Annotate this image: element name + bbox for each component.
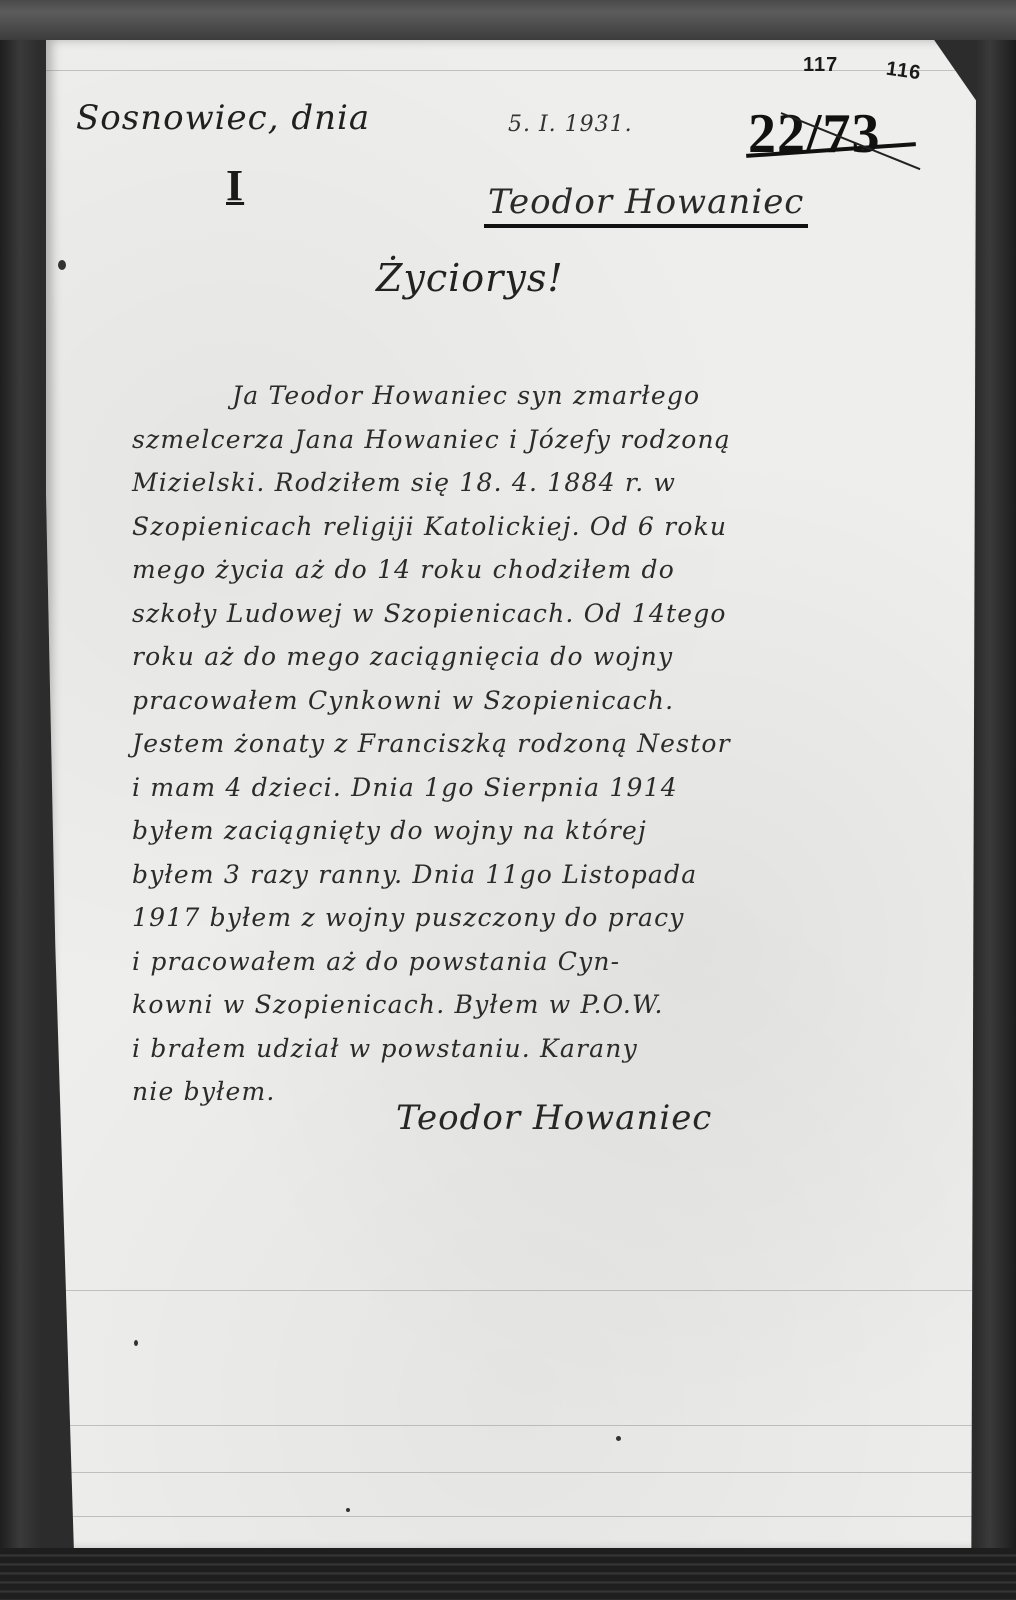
document-title: Życiorys! (376, 256, 564, 300)
biography-body: Ja Teodor Howaniec syn zmarłego szmelcer… (132, 374, 964, 1114)
body-line: Mizielski. Rodziłem się 18. 4. 1884 r. w (132, 461, 964, 505)
paper-speck (616, 1436, 621, 1441)
body-line: Szopienicach religiji Katolickiej. Od 6 … (132, 505, 964, 549)
scan-border-bottom (0, 1548, 1016, 1600)
paper-speck (58, 260, 66, 270)
signature: Teodor Howaniec (396, 1098, 712, 1138)
archive-folio-number: 117 (803, 54, 838, 77)
date-heading: 5. I. 1931. (508, 112, 633, 137)
ruled-line (46, 1425, 976, 1426)
body-line: Ja Teodor Howaniec syn zmarłego (132, 374, 964, 418)
body-line: pracowałem Cynkowni w Szopienicach. (132, 679, 964, 723)
body-line: i pracowałem aż do powstania Cyn- (132, 940, 964, 984)
place-heading: Sosnowiec, dnia (76, 98, 370, 138)
body-line: roku aż do mego zaciągnięcia do wojny (132, 635, 964, 679)
body-line: szkoły Ludowej w Szopienicach. Od 14tego (132, 592, 964, 636)
body-line: i brałem udział w powstaniu. Karany (132, 1027, 964, 1071)
scan-border-top (0, 0, 1016, 40)
ruled-line (46, 1472, 976, 1473)
body-line: byłem 3 razy ranny. Dnia 11go Listopada (132, 853, 964, 897)
body-line: kowni w Szopienicach. Byłem w P.O.W. (132, 983, 964, 1027)
archive-folio-number-crossed: 116 (885, 58, 923, 86)
author-name-heading: Teodor Howaniec (484, 182, 808, 228)
body-line: i mam 4 dzieci. Dnia 1go Sierpnia 1914 (132, 766, 964, 810)
body-line: Jestem żonaty z Franciszką rodzoną Nesto… (132, 722, 964, 766)
body-line: szmelcerza Jana Howaniec i Józefy rodzon… (132, 418, 964, 462)
document-page: 117 116 22/73 Sosnowiec, dnia 5. I. 1931… (46, 40, 976, 1550)
paper-speck (346, 1508, 350, 1512)
paper-speck (134, 1340, 138, 1346)
body-line: 1917 byłem z wojny puszczony do pracy (132, 896, 964, 940)
body-line: byłem zaciągnięty do wojny na której (132, 809, 964, 853)
section-roman-numeral: I (226, 160, 244, 211)
body-line: mego życia aż do 14 roku chodziłem do (132, 548, 964, 592)
ruled-line (46, 1290, 976, 1291)
ruled-line (46, 1516, 976, 1517)
